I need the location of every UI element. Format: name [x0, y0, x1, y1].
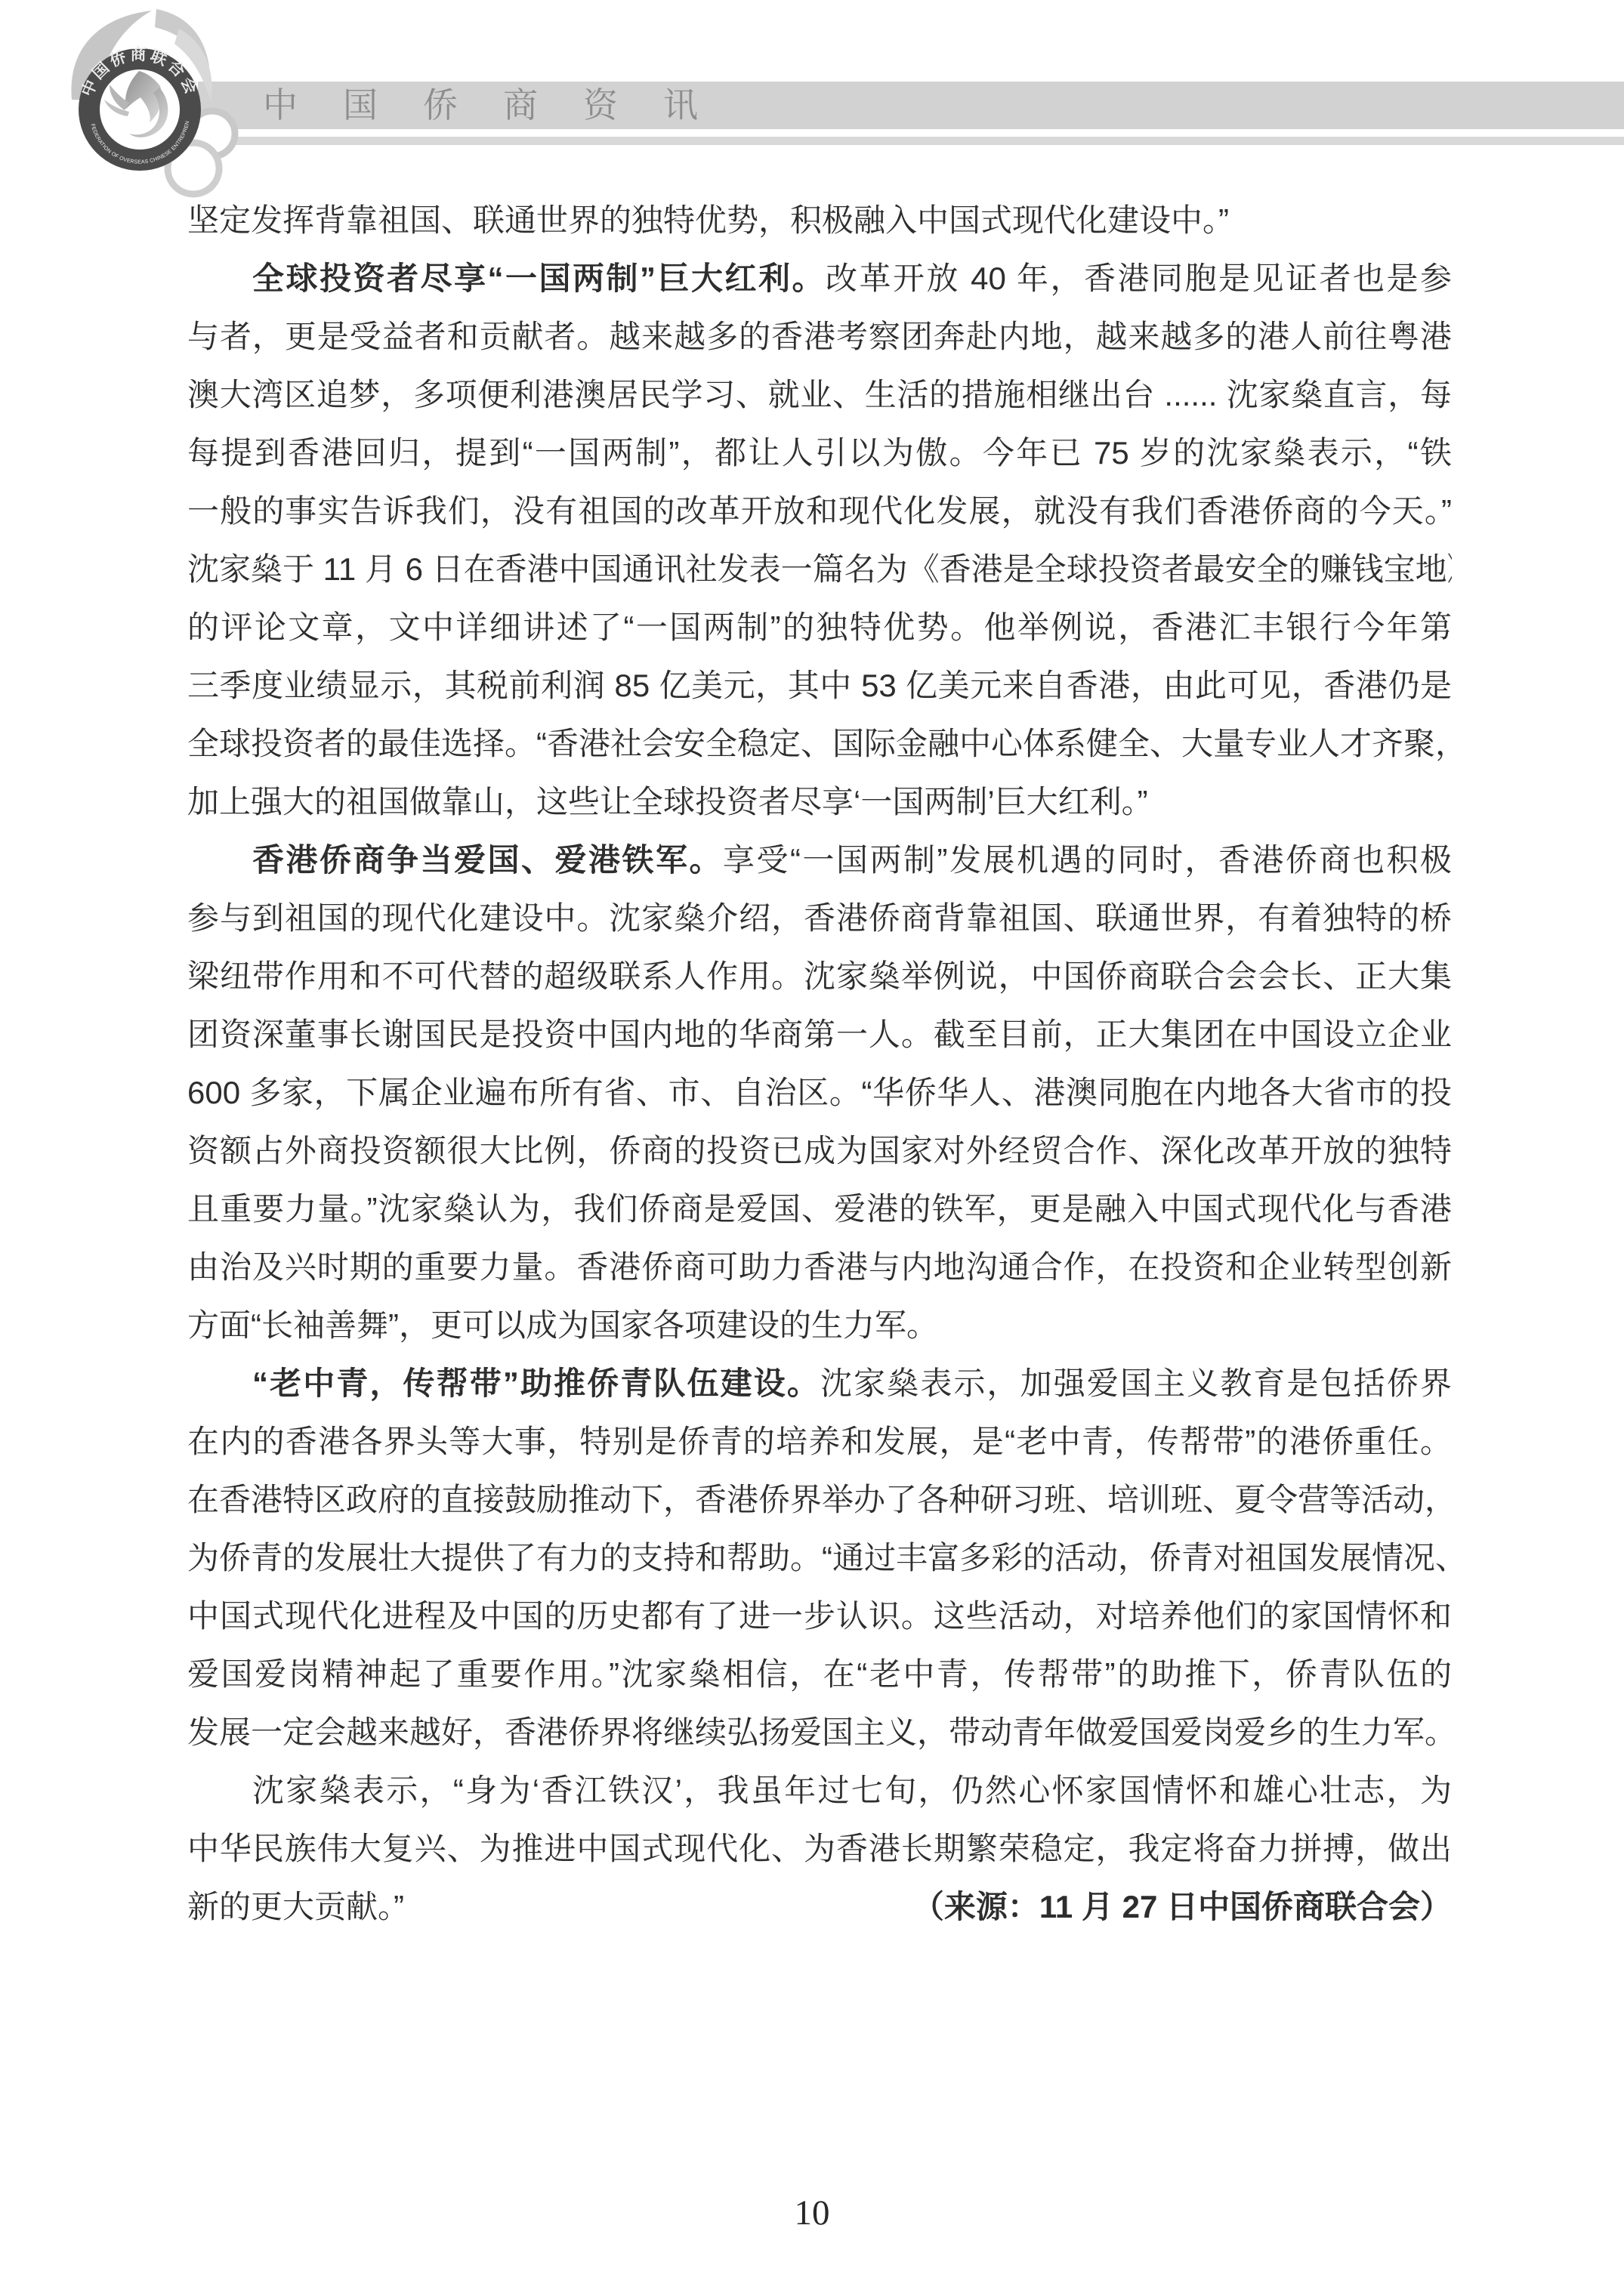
text-line: 坚定发挥背靠祖国、联通世界的独特优势，积极融入中国式现代化建设中。”	[187, 191, 1452, 249]
header-banner-shadow-bar	[190, 137, 1624, 145]
text-line: 全球投资者尽享“一国两制”巨大红利。改革开放 40 年，香港同胞是见证者也是参	[187, 249, 1452, 307]
organization-logo: 中国侨商联合会 CHINA FEDERATION OF OVERSEAS CHI…	[64, 8, 261, 204]
text-line: 新的更大贡献。”（来源：11 月 27 日中国侨商联合会）	[187, 1878, 1452, 1936]
text-segment: 为侨青的发展壮大提供了有力的支持和帮助。“通过丰富多彩的活动，侨青对祖国发展情况…	[187, 1540, 1452, 1575]
text-segment: 沈家燊于 11 月 6 日在香港中国通讯社发表一篇名为《香港是全球投资者最安全的…	[187, 551, 1452, 587]
text-segment: 香港侨商争当爱国、爱港铁军。	[252, 842, 723, 878]
text-segment: 资额占外商投资额很大比例，侨商的投资已成为国家对外经贸合作、深化改革开放的独特	[187, 1133, 1452, 1168]
text-line: 梁纽带作用和不可代替的超级联系人作用。沈家燊举例说，中国侨商联合会会长、正大集	[187, 947, 1452, 1005]
text-line: 香港侨商争当爱国、爱港铁军。享受“一国两制”发展机遇的同时，香港侨商也积极	[187, 831, 1452, 889]
text-segment: 中华民族伟大复兴、为推进中国式现代化、为香港长期繁荣稳定，我定将奋力拼搏，做出	[187, 1831, 1452, 1866]
text-line: 团资深董事长谢国民是投资中国内地的华商第一人。截至目前，正大集团在中国设立企业	[187, 1005, 1452, 1063]
text-segment: 在内的香港各界头等大事，特别是侨青的培养和发展，是“老中青，传帮带”的港侨重任。	[187, 1424, 1452, 1459]
text-line: 中国式现代化进程及中国的历史都有了进一步认识。这些活动，对培养他们的家国情怀和	[187, 1587, 1452, 1645]
text-line: 600 多家，下属企业遍布所有省、市、自治区。“华侨华人、港澳同胞在内地各大省市…	[187, 1063, 1452, 1122]
text-segment: 爱国爱岗精神起了重要作用。”沈家燊相信，在“老中青，传帮带”的助推下，侨青队伍的	[187, 1656, 1452, 1692]
text-segment: 方面“长袖善舞”，更可以成为国家各项建设的生力军。	[187, 1307, 938, 1343]
text-segment: 参与到祖国的现代化建设中。沈家燊介绍，香港侨商背靠祖国、联通世界，有着独特的桥	[187, 900, 1452, 936]
text-line: 沈家燊表示，“身为‘香江铁汉’，我虽年过七旬，仍然心怀家国情怀和雄心壮志，为	[187, 1761, 1452, 1819]
text-line: 在内的香港各界头等大事，特别是侨青的培养和发展，是“老中青，传帮带”的港侨重任。	[187, 1412, 1452, 1471]
text-segment: 与者，更是受益者和贡献者。越来越多的香港考察团奔赴内地，越来越多的港人前往粤港	[187, 319, 1452, 354]
text-segment: 梁纽带作用和不可代替的超级联系人作用。沈家燊举例说，中国侨商联合会会长、正大集	[187, 958, 1452, 994]
document-page: 中国侨商联合会 CHINA FEDERATION OF OVERSEAS CHI…	[0, 0, 1624, 2293]
text-segment: 全球投资者尽享“一国两制”巨大红利。	[252, 261, 826, 296]
text-segment: 的评论文章，文中详细讲述了“一国两制”的独特优势。他举例说，香港汇丰银行今年第	[187, 610, 1452, 645]
text-segment: 一般的事实告诉我们，没有祖国的改革开放和现代化发展，就没有我们香港侨商的今天。”	[187, 493, 1452, 529]
text-line: 在香港特区政府的直接鼓励推动下，香港侨界举办了各种研习班、培训班、夏令营等活动，	[187, 1471, 1452, 1529]
text-line: 方面“长袖善舞”，更可以成为国家各项建设的生力军。	[187, 1296, 1452, 1354]
text-segment: 发展一定会越来越好，香港侨界将继续弘扬爱国主义，带动青年做爱国爱岗爱乡的生力军。	[187, 1714, 1452, 1750]
text-segment: 团资深董事长谢国民是投资中国内地的华商第一人。截至目前，正大集团在中国设立企业	[187, 1017, 1452, 1052]
text-line: “老中青，传帮带”助推侨青队伍建设。沈家燊表示，加强爱国主义教育是包括侨界	[187, 1354, 1452, 1412]
text-segment: 加上强大的祖国做靠山，这些让全球投资者尽享‘一国两制’巨大红利。”	[187, 784, 1148, 819]
text-segment: “老中青，传帮带”助推侨青队伍建设。	[252, 1366, 820, 1401]
text-segment: 由治及兴时期的重要力量。香港侨商可助力香港与内地沟通合作，在投资和企业转型创新	[187, 1249, 1452, 1285]
source-credit: （来源：11 月 27 日中国侨商联合会）	[912, 1878, 1452, 1936]
text-line: 全球投资者的最佳选择。“香港社会安全稳定、国际金融中心体系健全、大量专业人才齐聚…	[187, 714, 1452, 773]
text-line: 每提到香港回归，提到“一国两制”，都让人引以为傲。今年已 75 岁的沈家燊表示，…	[187, 424, 1452, 482]
text-line: 爱国爱岗精神起了重要作用。”沈家燊相信，在“老中青，传帮带”的助推下，侨青队伍的	[187, 1645, 1452, 1703]
text-segment: 新的更大贡献。”	[187, 1889, 404, 1924]
text-line: 的评论文章，文中详细讲述了“一国两制”的独特优势。他举例说，香港汇丰银行今年第	[187, 598, 1452, 656]
text-segment: 坚定发挥背靠祖国、联通世界的独特优势，积极融入中国式现代化建设中。”	[187, 202, 1229, 238]
text-line: 为侨青的发展壮大提供了有力的支持和帮助。“通过丰富多彩的活动，侨青对祖国发展情况…	[187, 1529, 1452, 1587]
text-line: 一般的事实告诉我们，没有祖国的改革开放和现代化发展，就没有我们香港侨商的今天。”	[187, 482, 1452, 540]
text-line: 且重要力量。”沈家燊认为，我们侨商是爱国、爱港的铁军，更是融入中国式现代化与香港	[187, 1180, 1452, 1238]
page-number: 10	[0, 2193, 1624, 2233]
text-segment: 澳大湾区追梦，多项便利港澳居民学习、就业、生活的措施相继出台 ...... 沈家…	[187, 377, 1452, 412]
text-line: 参与到祖国的现代化建设中。沈家燊介绍，香港侨商背靠祖国、联通世界，有着独特的桥	[187, 889, 1452, 947]
text-segment: 改革开放 40 年，香港同胞是见证者也是参	[826, 261, 1452, 296]
text-segment: 中国式现代化进程及中国的历史都有了进一步认识。这些活动，对培养他们的家国情怀和	[187, 1598, 1452, 1634]
text-segment: 三季度业绩显示，其税前利润 85 亿美元，其中 53 亿美元来自香港，由此可见，…	[187, 668, 1452, 703]
line-left-text: 新的更大贡献。”	[187, 1878, 404, 1936]
text-segment: 600 多家，下属企业遍布所有省、市、自治区。“华侨华人、港澳同胞在内地各大省市…	[187, 1075, 1452, 1110]
article-body: 坚定发挥背靠祖国、联通世界的独特优势，积极融入中国式现代化建设中。”全球投资者尽…	[187, 191, 1452, 1936]
text-line: 发展一定会越来越好，香港侨界将继续弘扬爱国主义，带动青年做爱国爱岗爱乡的生力军。	[187, 1703, 1452, 1761]
text-segment: 享受“一国两制”发展机遇的同时，香港侨商也积极	[723, 842, 1452, 878]
text-line: 沈家燊于 11 月 6 日在香港中国通讯社发表一篇名为《香港是全球投资者最安全的…	[187, 540, 1452, 598]
text-line: 资额占外商投资额很大比例，侨商的投资已成为国家对外经贸合作、深化改革开放的独特	[187, 1122, 1452, 1180]
header-banner-bar: 中国侨商资讯	[198, 82, 1624, 129]
text-line: 由治及兴时期的重要力量。香港侨商可助力香港与内地沟通合作，在投资和企业转型创新	[187, 1238, 1452, 1296]
masthead-title: 中国侨商资讯	[198, 82, 1624, 129]
text-line: 中华民族伟大复兴、为推进中国式现代化、为香港长期繁荣稳定，我定将奋力拼搏，做出	[187, 1819, 1452, 1878]
text-segment: 沈家燊表示，“身为‘香江铁汉’，我虽年过七旬，仍然心怀家国情怀和雄心壮志，为	[252, 1773, 1452, 1808]
text-line: 三季度业绩显示，其税前利润 85 亿美元，其中 53 亿美元来自香港，由此可见，…	[187, 656, 1452, 714]
text-segment: 每提到香港回归，提到“一国两制”，都让人引以为傲。今年已 75 岁的沈家燊表示，…	[187, 435, 1452, 471]
text-segment: 全球投资者的最佳选择。“香港社会安全稳定、国际金融中心体系健全、大量专业人才齐聚…	[187, 726, 1452, 761]
text-line: 与者，更是受益者和贡献者。越来越多的香港考察团奔赴内地，越来越多的港人前往粤港	[187, 307, 1452, 366]
text-line: 加上强大的祖国做靠山，这些让全球投资者尽享‘一国两制’巨大红利。”	[187, 773, 1452, 831]
text-segment: 沈家燊表示，加强爱国主义教育是包括侨界	[820, 1366, 1452, 1401]
text-segment: 且重要力量。”沈家燊认为，我们侨商是爱国、爱港的铁军，更是融入中国式现代化与香港	[187, 1191, 1452, 1227]
text-line: 澳大湾区追梦，多项便利港澳居民学习、就业、生活的措施相继出台 ...... 沈家…	[187, 366, 1452, 424]
text-segment: 在香港特区政府的直接鼓励推动下，香港侨界举办了各种研习班、培训班、夏令营等活动，	[187, 1482, 1452, 1517]
